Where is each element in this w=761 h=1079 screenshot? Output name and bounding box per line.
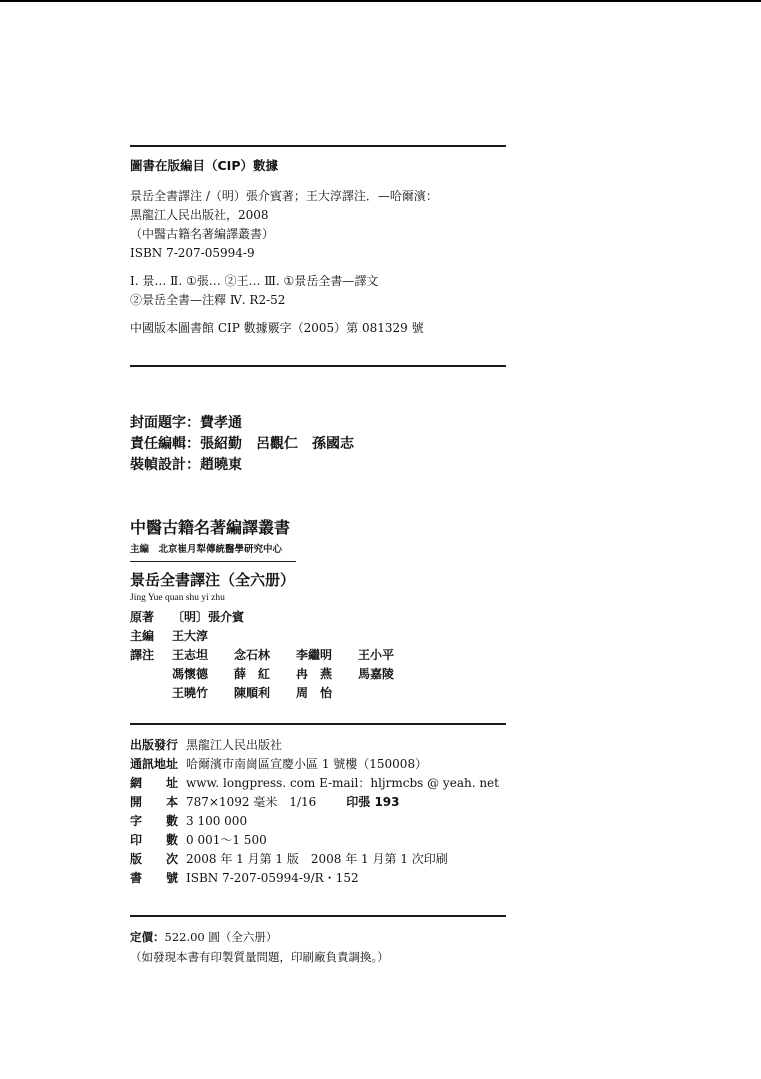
cip-line: 黑龍江人民出版社，2008 — [130, 206, 438, 225]
series-block: 中醫古籍名著編譯叢書 主編 北京崔月犁傳統醫學研究中心 — [130, 515, 290, 555]
pub-row-edition: 版次 2008 年 1 月第 1 版 2008 年 1 月第 1 次印刷 — [130, 850, 499, 869]
pub-row-print-run: 印數 0 001～1 500 — [130, 831, 499, 850]
credits-block: 封面題字：費孝通 責任編輯：張紹勤呂觀仁孫國志 裝幀設計：趙曉東 — [130, 413, 354, 476]
people-row-translators-cont: 馮懷德 薛 紅 冉 燕 馬嘉陵 — [130, 665, 420, 684]
price-block: 定價：522.00 圓（全六册） （如發現本書有印製質量問題，印刷廠負責調換。） — [130, 928, 389, 966]
divider — [130, 723, 506, 725]
book-block: 景岳全書譯注（全六册） Jing Yue quan shu yi zhu 原著 … — [130, 569, 420, 703]
book-title: 景岳全書譯注（全六册） — [130, 569, 420, 590]
divider — [130, 561, 296, 562]
people-row-translators-cont: 王曉竹 陳順利 周 怡 — [130, 684, 420, 703]
cip-line: 景岳全書譯注 /（明）張介賓著；王大淳譯注．—哈爾濱： — [130, 187, 438, 206]
credit-cover-calligraphy: 封面題字：費孝通 — [130, 413, 354, 434]
book-pinyin: Jing Yue quan shu yi zhu — [130, 593, 420, 603]
divider — [130, 365, 506, 367]
pub-row-book-number: 書號 ISBN 7-207-05994-9/R・152 — [130, 869, 499, 888]
series-title: 中醫古籍名著編譯叢書 — [130, 515, 290, 538]
cip-line: ISBN 7-207-05994-9 — [130, 244, 438, 263]
pub-row-publisher: 出版發行 黑龍江人民出版社 — [130, 736, 499, 755]
cip-record-number: 中國版本圖書館 CIP 數據覈字（2005）第 081329 號 — [130, 319, 438, 338]
series-editor: 主編 北京崔月犁傳統醫學研究中心 — [130, 541, 290, 555]
credit-design: 裝幀設計：趙曉東 — [130, 455, 354, 476]
credit-editors: 責任編輯：張紹勤呂觀仁孫國志 — [130, 434, 354, 455]
divider — [130, 145, 506, 147]
cip-classification: ②景岳全書—注釋 Ⅳ. R2-52 — [130, 291, 438, 310]
cip-classification: Ⅰ. 景… Ⅱ. ①張… ②王… Ⅲ. ①景岳全書—譯文 — [130, 272, 438, 291]
people-row-chief-editor: 主編 王大淳 — [130, 627, 420, 646]
cip-block: 圖書在版編目（CIP）數據 景岳全書譯注 /（明）張介賓著；王大淳譯注．—哈爾濱… — [130, 156, 438, 338]
pub-row-format: 開本 787×1092 毫米 1/16印張 193 — [130, 793, 499, 812]
pub-row-word-count: 字數 3 100 000 — [130, 812, 499, 831]
publication-block: 出版發行 黑龍江人民出版社 通訊地址 哈爾濱市南崗區宣慶小區 1 號樓（1500… — [130, 736, 499, 888]
cip-line: （中醫古籍名著編譯叢書） — [130, 225, 438, 244]
pub-row-website: 網址 www. longpress. com E-mail：hljrmcbs @… — [130, 774, 499, 793]
divider — [130, 915, 506, 917]
pub-row-address: 通訊地址 哈爾濱市南崗區宣慶小區 1 號樓（150008） — [130, 755, 499, 774]
people-row-translators: 譯注 王志坦 念石林 李繼明 王小平 — [130, 646, 420, 665]
quality-notice: （如發現本書有印製質量問題，印刷廠負責調換。） — [130, 948, 389, 966]
page-top-border — [0, 0, 761, 2]
price-line: 定價：522.00 圓（全六册） — [130, 928, 389, 946]
book-people: 原著 〔明〕張介賓 主編 王大淳 譯注 王志坦 念石林 李繼明 王小平 馮懷德 … — [130, 608, 420, 703]
people-row-original-author: 原著 〔明〕張介賓 — [130, 608, 420, 627]
cip-title: 圖書在版編目（CIP）數據 — [130, 156, 438, 175]
